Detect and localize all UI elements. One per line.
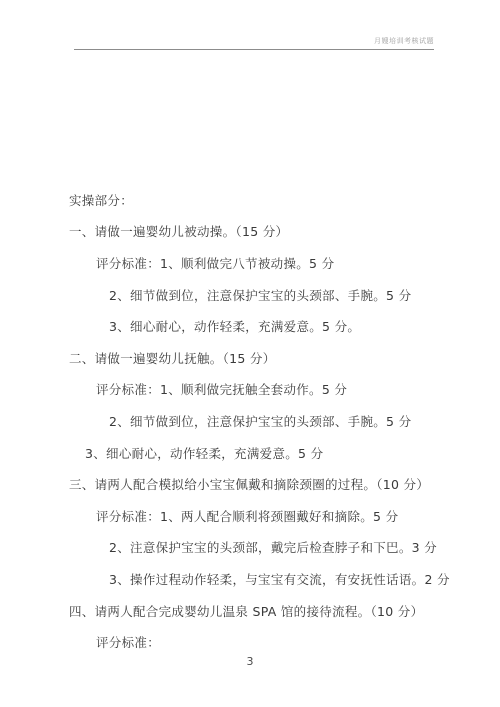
question-4: 四、请两人配合完成婴幼儿温泉 SPA 馆的接待流程。（10 分）	[69, 595, 480, 627]
document-body: 实操部分： 一、请做一遍婴幼儿被动操。（15 分） 评分标准：1、顺利做完八节被…	[69, 184, 480, 658]
document-page: 月嫂培训考核试题 实操部分： 一、请做一遍婴幼儿被动操。（15 分） 评分标准：…	[0, 0, 500, 707]
q3-criteria-3: 3、操作过程动作轻柔，与宝宝有交流，有安抚性话语。2 分	[109, 563, 480, 595]
page-footer: 3	[0, 650, 500, 669]
practical-section-label: 实操部分：	[69, 184, 480, 216]
page-header: 月嫂培训考核试题	[74, 28, 434, 50]
q1-criteria-3: 3、细心耐心，动作轻柔，充满爱意。5 分。	[109, 310, 480, 342]
header-title: 月嫂培训考核试题	[374, 37, 434, 45]
question-3: 三、请两人配合模拟给小宝宝佩戴和摘除颈圈的过程。（10 分）	[69, 468, 480, 500]
q2-criteria-3: 3、细心耐心，动作轻柔，充满爱意。5 分	[85, 437, 480, 469]
q2-criteria-2: 2、细节做到位，注意保护宝宝的头颈部、手腕。5 分	[109, 405, 480, 437]
q1-criteria-1: 评分标准：1、顺利做完八节被动操。5 分	[96, 247, 480, 279]
q2-criteria-1: 评分标准：1、顺利做完抚触全套动作。5 分	[96, 374, 480, 406]
q3-criteria-1: 评分标准：1、两人配合顺利将颈圈戴好和摘除。5 分	[96, 500, 480, 532]
page-number: 3	[247, 655, 254, 668]
q1-criteria-2: 2、细节做到位，注意保护宝宝的头颈部、手腕。5 分	[109, 279, 480, 311]
question-2: 二、请做一遍婴幼儿抚触。（15 分）	[69, 342, 480, 374]
question-1: 一、请做一遍婴幼儿被动操。（15 分）	[69, 216, 480, 248]
q3-criteria-2: 2、注意保护宝宝的头颈部，戴完后检查脖子和下巴。3 分	[109, 532, 480, 564]
